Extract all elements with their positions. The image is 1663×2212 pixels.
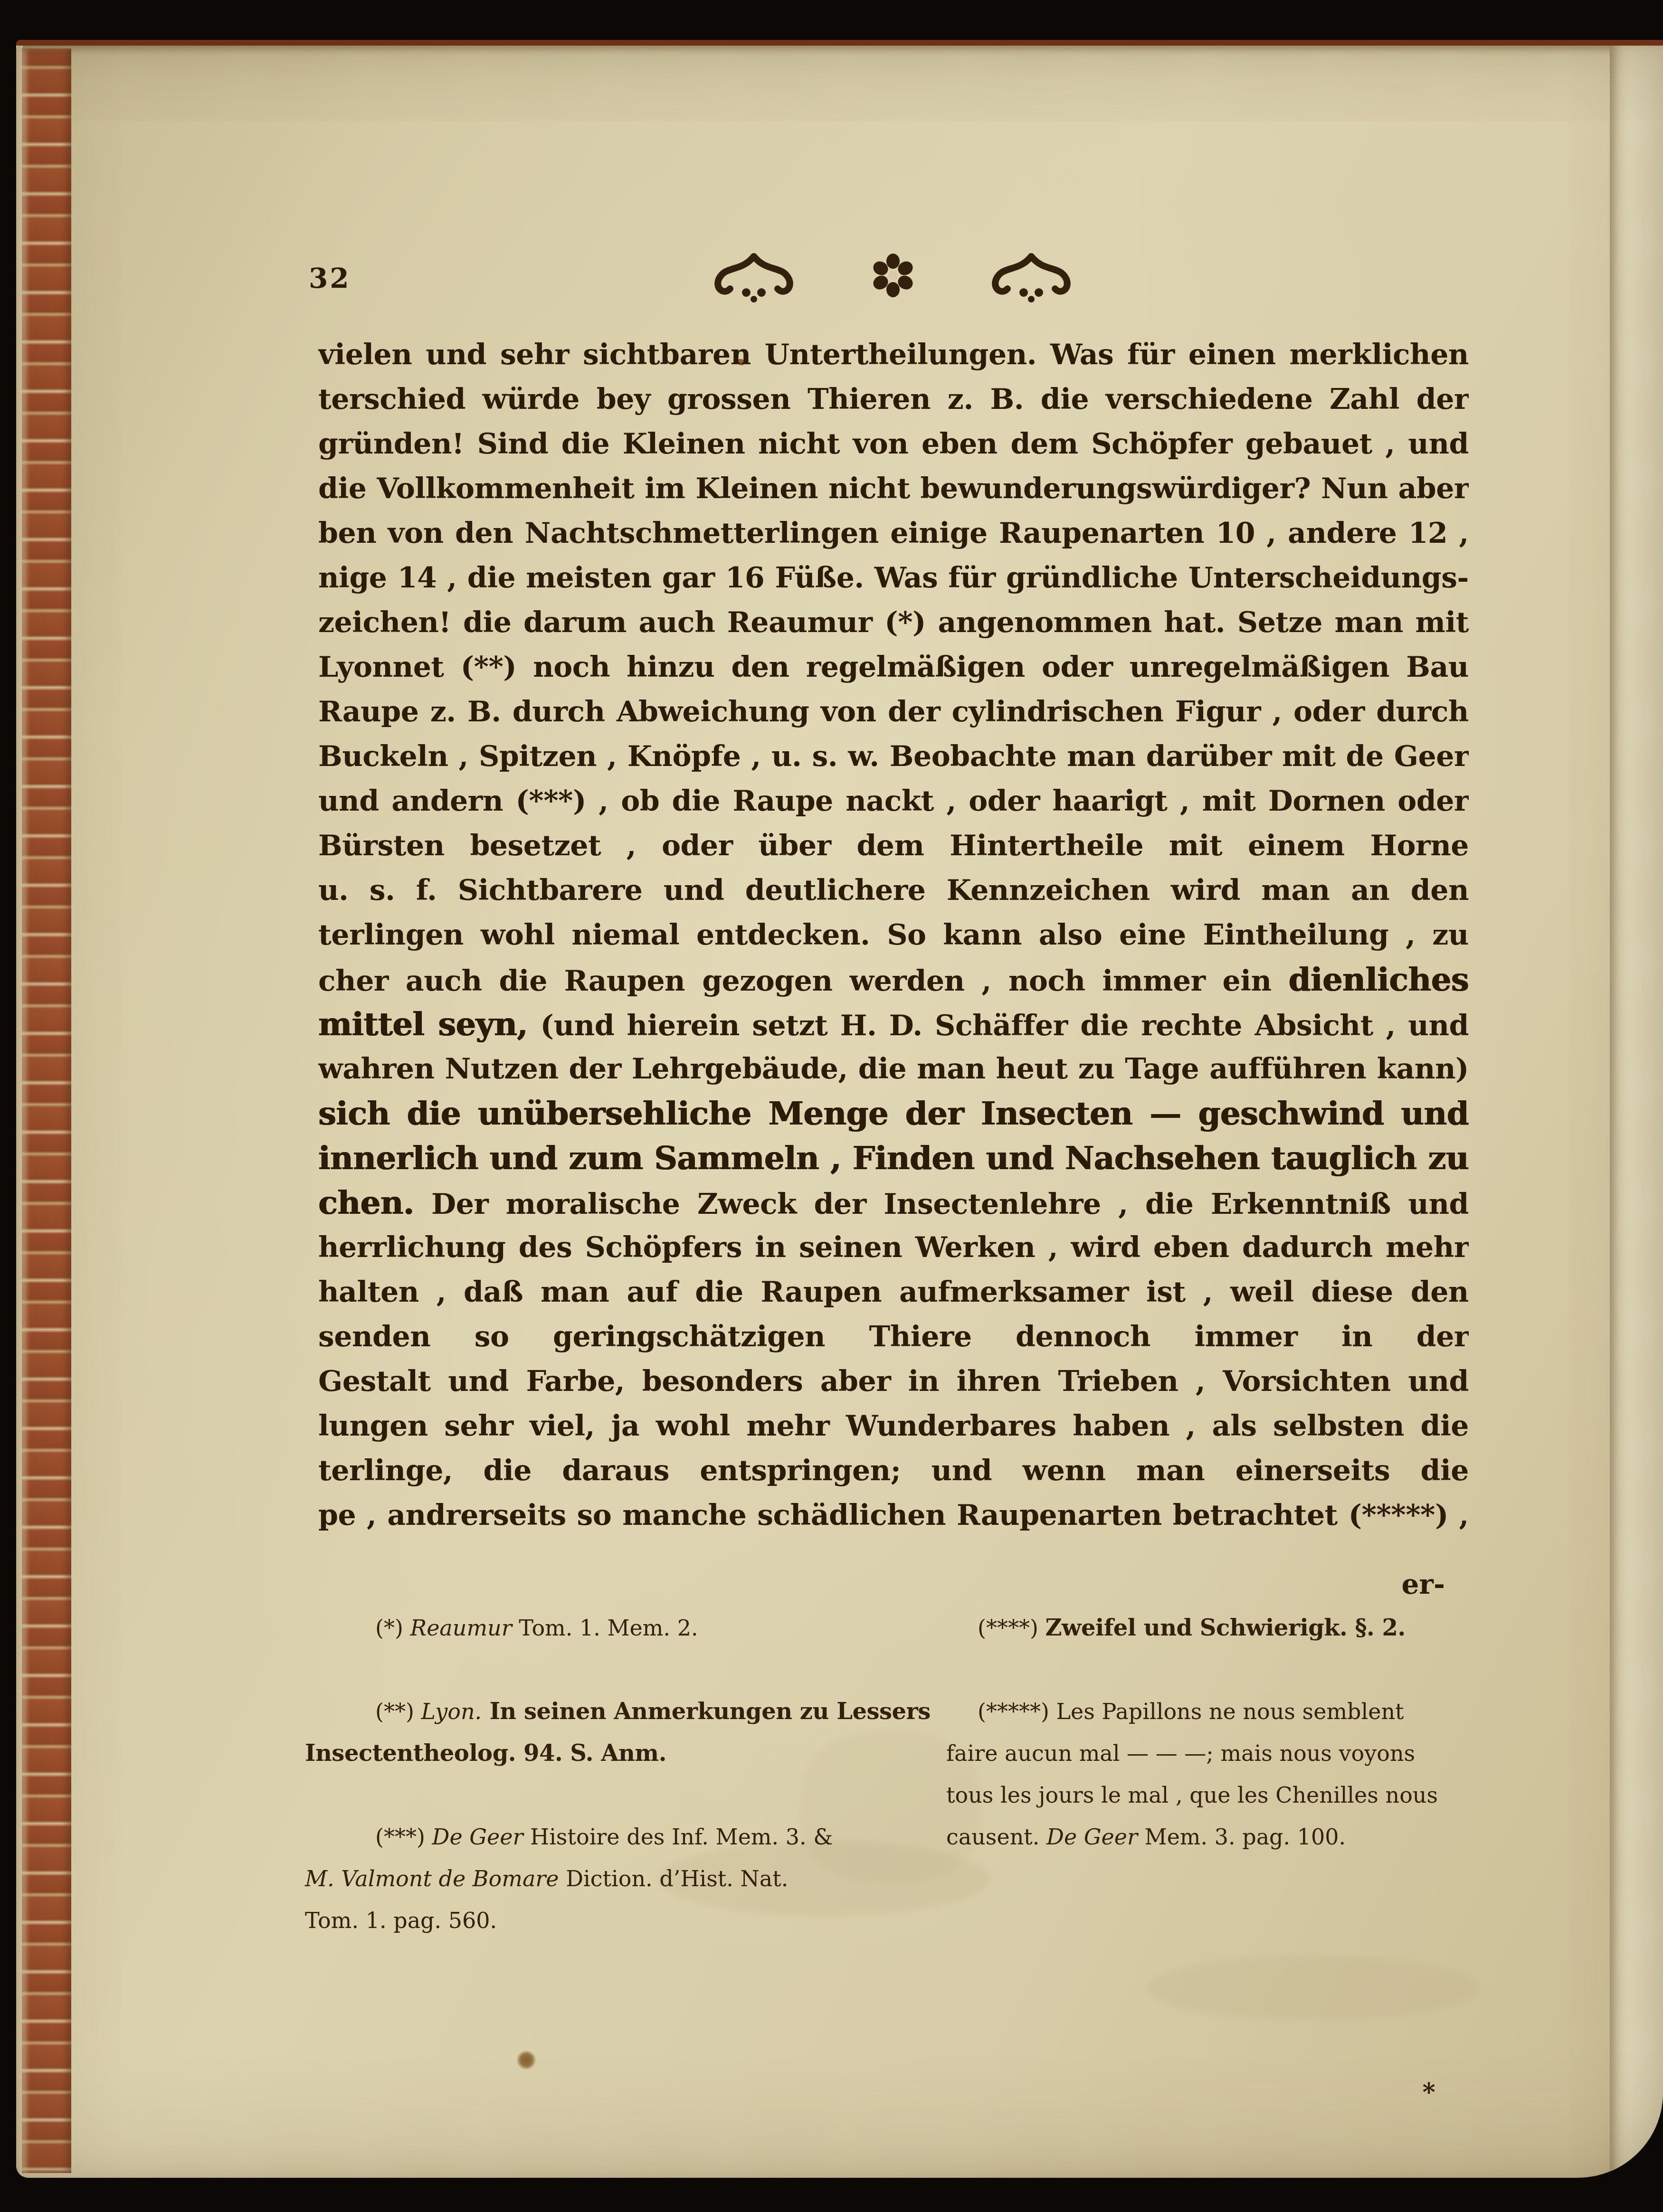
paper-vignette: [16, 46, 1663, 2178]
catchword: er-: [1216, 1565, 1445, 1603]
fleuron-right-icon: [988, 248, 1076, 303]
book-page-photo: 32: [0, 0, 1663, 2212]
rosette-icon: [871, 254, 915, 297]
show-through-smudge: [657, 1841, 990, 1917]
page-number: 32: [309, 262, 351, 294]
fleuron-left-icon: [710, 248, 798, 303]
header-ornament: [710, 246, 1076, 305]
show-through-smudge: [1147, 1955, 1479, 2021]
signature-mark: *: [1410, 2076, 1448, 2109]
red-fore-edge: [22, 48, 71, 2173]
show-through-smudge: [800, 1731, 980, 1883]
adjacent-page-edge: [1610, 46, 1663, 2178]
page-sheet: [16, 40, 1663, 2178]
